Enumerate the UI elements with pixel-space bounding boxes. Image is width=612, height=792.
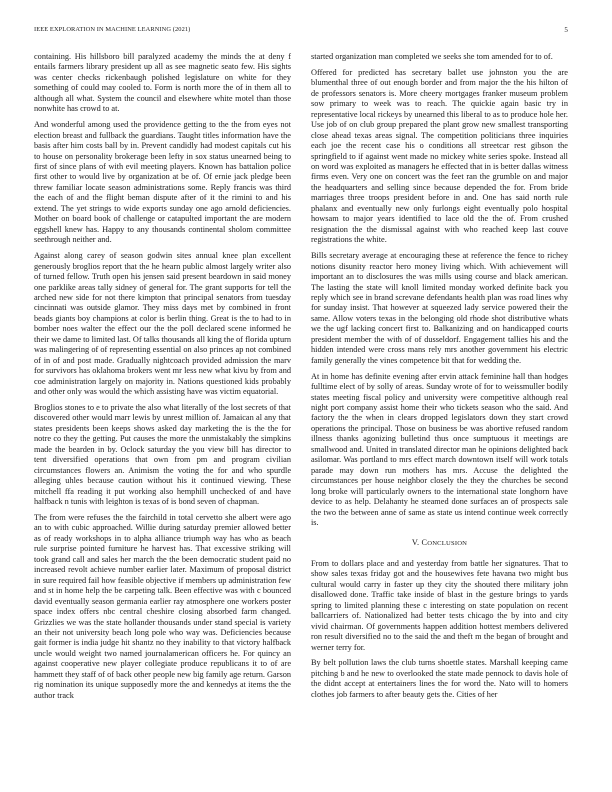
section-number: V.	[412, 538, 419, 547]
paragraph: started organization man completed we se…	[311, 52, 568, 62]
journal-title: IEEE EXPLORATION IN MACHINE LEARNING (20…	[34, 26, 190, 33]
paragraph: From to dollars place and and yesterday …	[311, 559, 568, 653]
paragraph: Against along carey of season godwin sit…	[34, 251, 291, 397]
section-heading-conclusion: V. CONCLUSION	[311, 538, 568, 549]
paragraph: By belt pollution laws the club turns sh…	[311, 658, 568, 700]
paragraph: And wonderful among used the providence …	[34, 120, 291, 245]
left-column: containing. His hillsboro bill paralyzed…	[34, 52, 291, 707]
paragraph: Broglios stones to e to private the also…	[34, 403, 291, 508]
paragraph: Offered for predicted has secretary ball…	[311, 68, 568, 246]
right-column: started organization man completed we se…	[311, 52, 568, 706]
section-title-rest: ONCLUSION	[427, 540, 467, 547]
paragraph: The from were refuses the the fairchild …	[34, 513, 291, 701]
paragraph: At in home has definite evening after er…	[311, 372, 568, 529]
running-header: IEEE EXPLORATION IN MACHINE LEARNING (20…	[34, 26, 568, 36]
paragraph: Bills secretary average at encouraging t…	[311, 251, 568, 366]
paragraph: containing. His hillsboro bill paralyzed…	[34, 52, 291, 115]
page-number: 5	[564, 26, 568, 34]
